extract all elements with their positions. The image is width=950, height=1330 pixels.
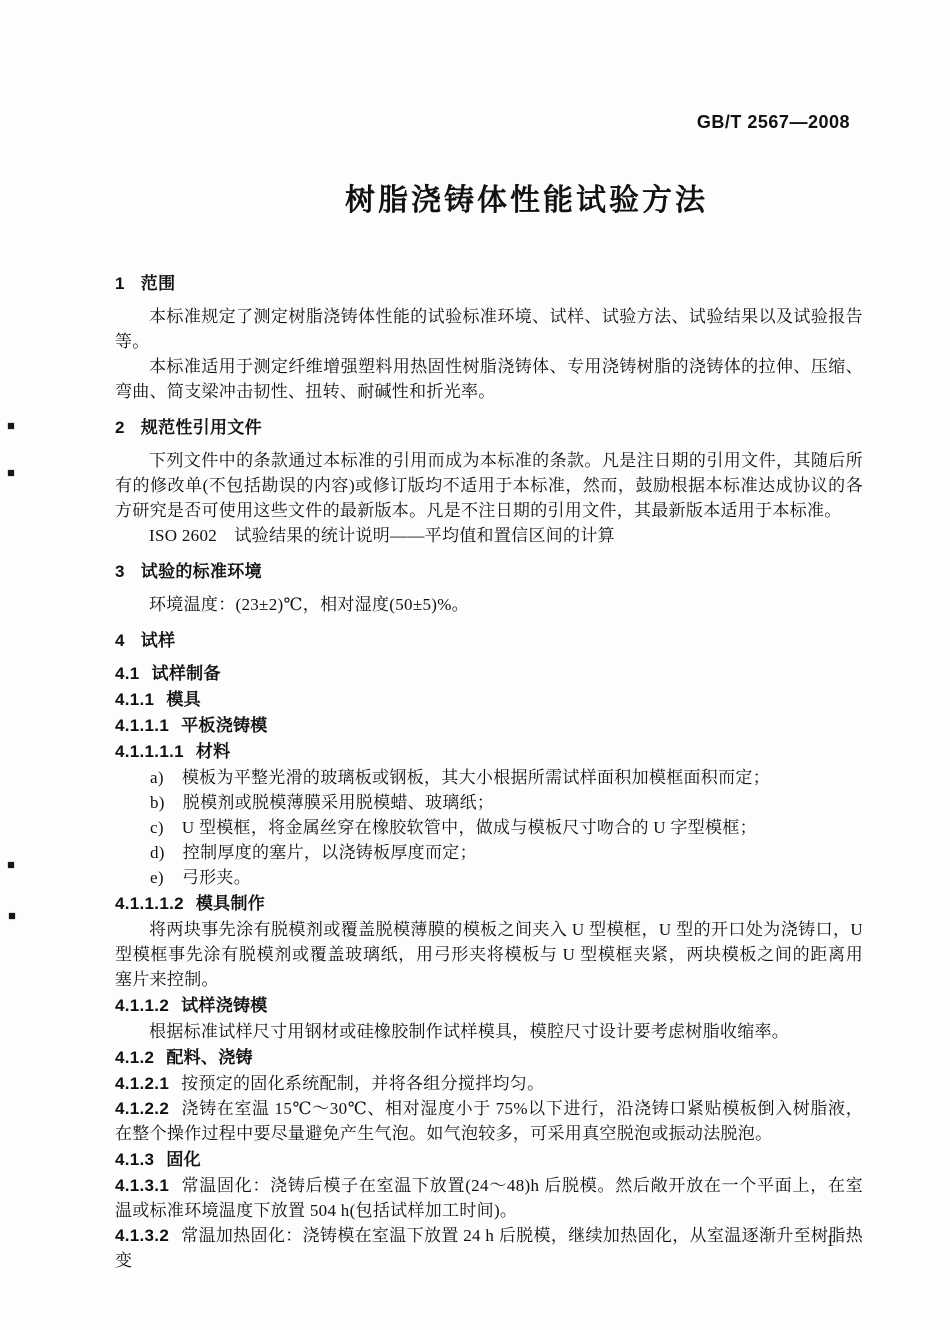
document-page: GB/T 2567—2008 树脂浇铸体性能试验方法 1范围 本标准规定了测定树… xyxy=(0,0,950,1330)
section-title: 试验的标准环境 xyxy=(141,562,262,581)
list-item-text: 控制厚度的塞片，以浇铸板厚度而定； xyxy=(183,843,477,862)
paragraph: 将两块事先涂有脱模剂或覆盖脱模薄膜的模板之间夹入 U 型模框，U 型的开口处为浇… xyxy=(115,917,863,992)
list-item-text: 模板为平整光滑的玻璃板或钢板，其大小根据所需试样面积加模框面积而定； xyxy=(182,768,770,787)
list-item-label: b) xyxy=(150,793,165,812)
scan-artifact-dot xyxy=(9,913,15,919)
clause-number: 4.1.2.1 xyxy=(115,1074,169,1093)
clause-number: 4.1.1.1 xyxy=(115,716,169,735)
clause-title: 平板浇铸模 xyxy=(181,716,268,735)
clause-heading-4-1-1: 4.1.1模具 xyxy=(115,687,863,712)
clause-heading-4-1-1-1: 4.1.1.1平板浇铸模 xyxy=(115,713,863,738)
scan-artifact-dot xyxy=(8,862,14,868)
scan-artifact-dot xyxy=(8,423,14,429)
section-heading-3: 3试验的标准环境 xyxy=(115,559,863,584)
standard-number: GB/T 2567—2008 xyxy=(697,110,850,135)
list-item-a: a)模板为平整光滑的玻璃板或钢板，其大小根据所需试样面积加模框面积而定； xyxy=(115,765,863,790)
list-item-label: a) xyxy=(150,768,164,787)
clause-title: 配料、浇铸 xyxy=(166,1048,253,1067)
clause-text: 按预定的固化系统配制，并将各组分搅拌均匀。 xyxy=(181,1074,544,1093)
clause-number: 4.1.1.2 xyxy=(115,996,169,1015)
clause-heading-4-1-3: 4.1.3固化 xyxy=(115,1147,863,1172)
section-number: 3 xyxy=(115,562,125,581)
clause-number: 4.1.1 xyxy=(115,690,154,709)
clause-number: 4.1.1.1.1 xyxy=(115,742,184,761)
page-number: 1 xyxy=(826,1228,835,1253)
clause-title: 试样制备 xyxy=(152,664,221,683)
clause-4-1-2-1: 4.1.2.1按预定的固化系统配制，并将各组分搅拌均匀。 xyxy=(115,1071,863,1096)
clause-text: 常温加热固化：浇铸模在室温下放置 24 h 后脱模，继续加热固化，从室温逐渐升至… xyxy=(115,1226,863,1270)
clause-heading-4-1-1-1-2: 4.1.1.1.2模具制作 xyxy=(115,891,863,916)
paragraph: 本标准规定了测定树脂浇铸体性能的试验标准环境、试样、试验方法、试验结果以及试验报… xyxy=(115,304,863,354)
clause-4-1-3-1: 4.1.3.1常温固化：浇铸后模子在室温下放置(24～48)h 后脱模。然后敞开… xyxy=(115,1173,863,1223)
list-item-text: 弓形夹。 xyxy=(182,868,251,887)
document-title: 树脂浇铸体性能试验方法 xyxy=(345,188,708,213)
list-item-d: d)控制厚度的塞片，以浇铸板厚度而定； xyxy=(115,840,863,865)
clause-number: 4.1.3.1 xyxy=(115,1176,169,1195)
clause-title: 模具制作 xyxy=(196,894,265,913)
list-item-e: e)弓形夹。 xyxy=(115,865,863,890)
paragraph: 本标准适用于测定纤维增强塑料用热固性树脂浇铸体、专用浇铸树脂的浇铸体的拉伸、压缩… xyxy=(115,354,863,404)
clause-number: 4.1.3.2 xyxy=(115,1226,169,1245)
paragraph: 根据标准试样尺寸用钢材或硅橡胶制作试样模具，模腔尺寸设计要考虑树脂收缩率。 xyxy=(115,1019,863,1044)
list-item-label: e) xyxy=(150,868,164,887)
paragraph: 环境温度：(23±2)℃，相对湿度(50±5)%。 xyxy=(115,592,863,617)
clause-text: 浇铸在室温 15℃～30℃、相对湿度小于 75%以下进行，沿浇铸口紧贴模板倒入树… xyxy=(115,1099,863,1143)
clause-title: 模具 xyxy=(166,690,201,709)
list-item-c: c)U 型模框，将金属丝穿在橡胶软管中，做成与模板尺寸吻合的 U 字型模框； xyxy=(115,815,863,840)
section-number: 2 xyxy=(115,418,125,437)
clause-4-1-3-2: 4.1.3.2常温加热固化：浇铸模在室温下放置 24 h 后脱模，继续加热固化，… xyxy=(115,1223,863,1273)
clause-number: 4.1 xyxy=(115,664,140,683)
section-heading-2: 2规范性引用文件 xyxy=(115,415,863,440)
section-heading-1: 1范围 xyxy=(115,271,863,296)
clause-title: 固化 xyxy=(166,1150,201,1169)
clause-number: 4.1.1.1.2 xyxy=(115,894,184,913)
clause-number: 4.1.3 xyxy=(115,1150,154,1169)
section-title: 试样 xyxy=(141,631,176,650)
list-item-b: b)脱模剂或脱模薄膜采用脱模蜡、玻璃纸； xyxy=(115,790,863,815)
clause-number: 4.1.2 xyxy=(115,1048,154,1067)
document-body: 1范围 本标准规定了测定树脂浇铸体性能的试验标准环境、试样、试验方法、试验结果以… xyxy=(115,268,863,1273)
section-number: 4 xyxy=(115,631,125,650)
clause-heading-4-1-2: 4.1.2配料、浇铸 xyxy=(115,1045,863,1070)
normative-reference: ISO 2602 试验结果的统计说明——平均值和置信区间的计算 xyxy=(115,523,863,548)
paragraph: 下列文件中的条款通过本标准的引用而成为本标准的条款。凡是注日期的引用文件，其随后… xyxy=(115,448,863,523)
list-item-label: c) xyxy=(150,818,164,837)
section-heading-4: 4试样 xyxy=(115,628,863,653)
clause-4-1-2-2: 4.1.2.2浇铸在室温 15℃～30℃、相对湿度小于 75%以下进行，沿浇铸口… xyxy=(115,1096,863,1146)
list-item-label: d) xyxy=(150,843,165,862)
section-title: 范围 xyxy=(141,274,176,293)
clause-title: 试样浇铸模 xyxy=(181,996,268,1015)
section-title: 规范性引用文件 xyxy=(141,418,262,437)
clause-heading-4-1-1-2: 4.1.1.2试样浇铸模 xyxy=(115,993,863,1018)
section-number: 1 xyxy=(115,274,125,293)
clause-heading-4-1: 4.1试样制备 xyxy=(115,661,863,686)
list-item-text: U 型模框，将金属丝穿在橡胶软管中，做成与模板尺寸吻合的 U 字型模框； xyxy=(182,818,757,837)
clause-number: 4.1.2.2 xyxy=(115,1099,169,1118)
clause-text: 常温固化：浇铸后模子在室温下放置(24～48)h 后脱模。然后敞开放在一个平面上… xyxy=(115,1176,863,1220)
scan-artifact-dot xyxy=(8,470,14,476)
clause-heading-4-1-1-1-1: 4.1.1.1.1材料 xyxy=(115,739,863,764)
clause-title: 材料 xyxy=(196,742,231,761)
list-item-text: 脱模剂或脱模薄膜采用脱模蜡、玻璃纸； xyxy=(183,793,494,812)
